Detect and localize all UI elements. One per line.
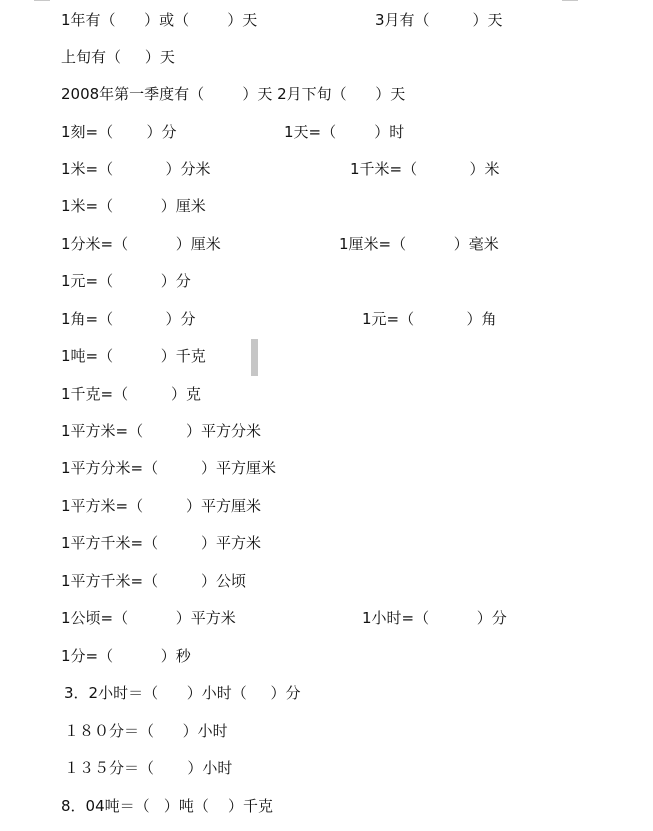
fill-in-blank-question: 1千克=（ ）克 [61,384,201,404]
fill-in-blank-question: 2008年第一季度有（ ）天 2月下旬（ ）天 [61,84,405,104]
fill-in-blank-question: 1分米=（ ）厘米 [61,234,221,254]
fill-in-blank-question: 上旬有（ ）天 [61,47,175,67]
text-cursor-selection [251,339,258,376]
fill-in-blank-question: 1年有（ ）或（ ）天 [61,10,257,30]
page-margin-marker-right [562,0,578,1]
fill-in-blank-question: 1平方千米=（ ）平方米 [61,533,261,553]
fill-in-blank-question: 1米=（ ）厘米 [61,196,206,216]
fill-in-blank-question: 1平方米=（ ）平方分米 [61,421,261,441]
fill-in-blank-question: 3月有（ ）天 [375,10,502,30]
fill-in-blank-question: 1平方分米=（ ）平方厘米 [61,458,276,478]
fill-in-blank-question: 1千米=（ ）米 [350,159,500,179]
fill-in-blank-question: 1平方千米=（ ）公顷 [61,571,246,591]
fill-in-blank-question: 1元=（ ）分 [61,271,191,291]
fill-in-blank-question: 1米=（ ）分米 [61,159,211,179]
fill-in-blank-question: １３５分＝（ ）小时 [64,758,232,778]
fill-in-blank-question: 1吨=（ ）千克 [61,346,206,366]
fill-in-blank-question: 1厘米=（ ）毫米 [339,234,499,254]
fill-in-blank-question: 1公顷=（ ）平方米 [61,608,236,628]
fill-in-blank-question: 8．04吨＝（ ）吨（ ）千克 [61,796,273,816]
fill-in-blank-question: 1刻=（ ）分 [61,122,177,142]
page-margin-marker-left [34,0,50,1]
fill-in-blank-question: １８０分＝（ ）小时 [64,721,228,741]
fill-in-blank-question: 1天=（ ）时 [284,122,404,142]
fill-in-blank-question: 1元=（ ）角 [362,309,497,329]
fill-in-blank-question: 1角=（ ）分 [61,309,196,329]
fill-in-blank-question: 1分=（ ）秒 [61,646,191,666]
fill-in-blank-question: 1小时=（ ）分 [362,608,507,628]
fill-in-blank-question: 1平方米=（ ）平方厘米 [61,496,261,516]
fill-in-blank-question: 3．2小时＝（ ）小时（ ）分 [64,683,301,703]
